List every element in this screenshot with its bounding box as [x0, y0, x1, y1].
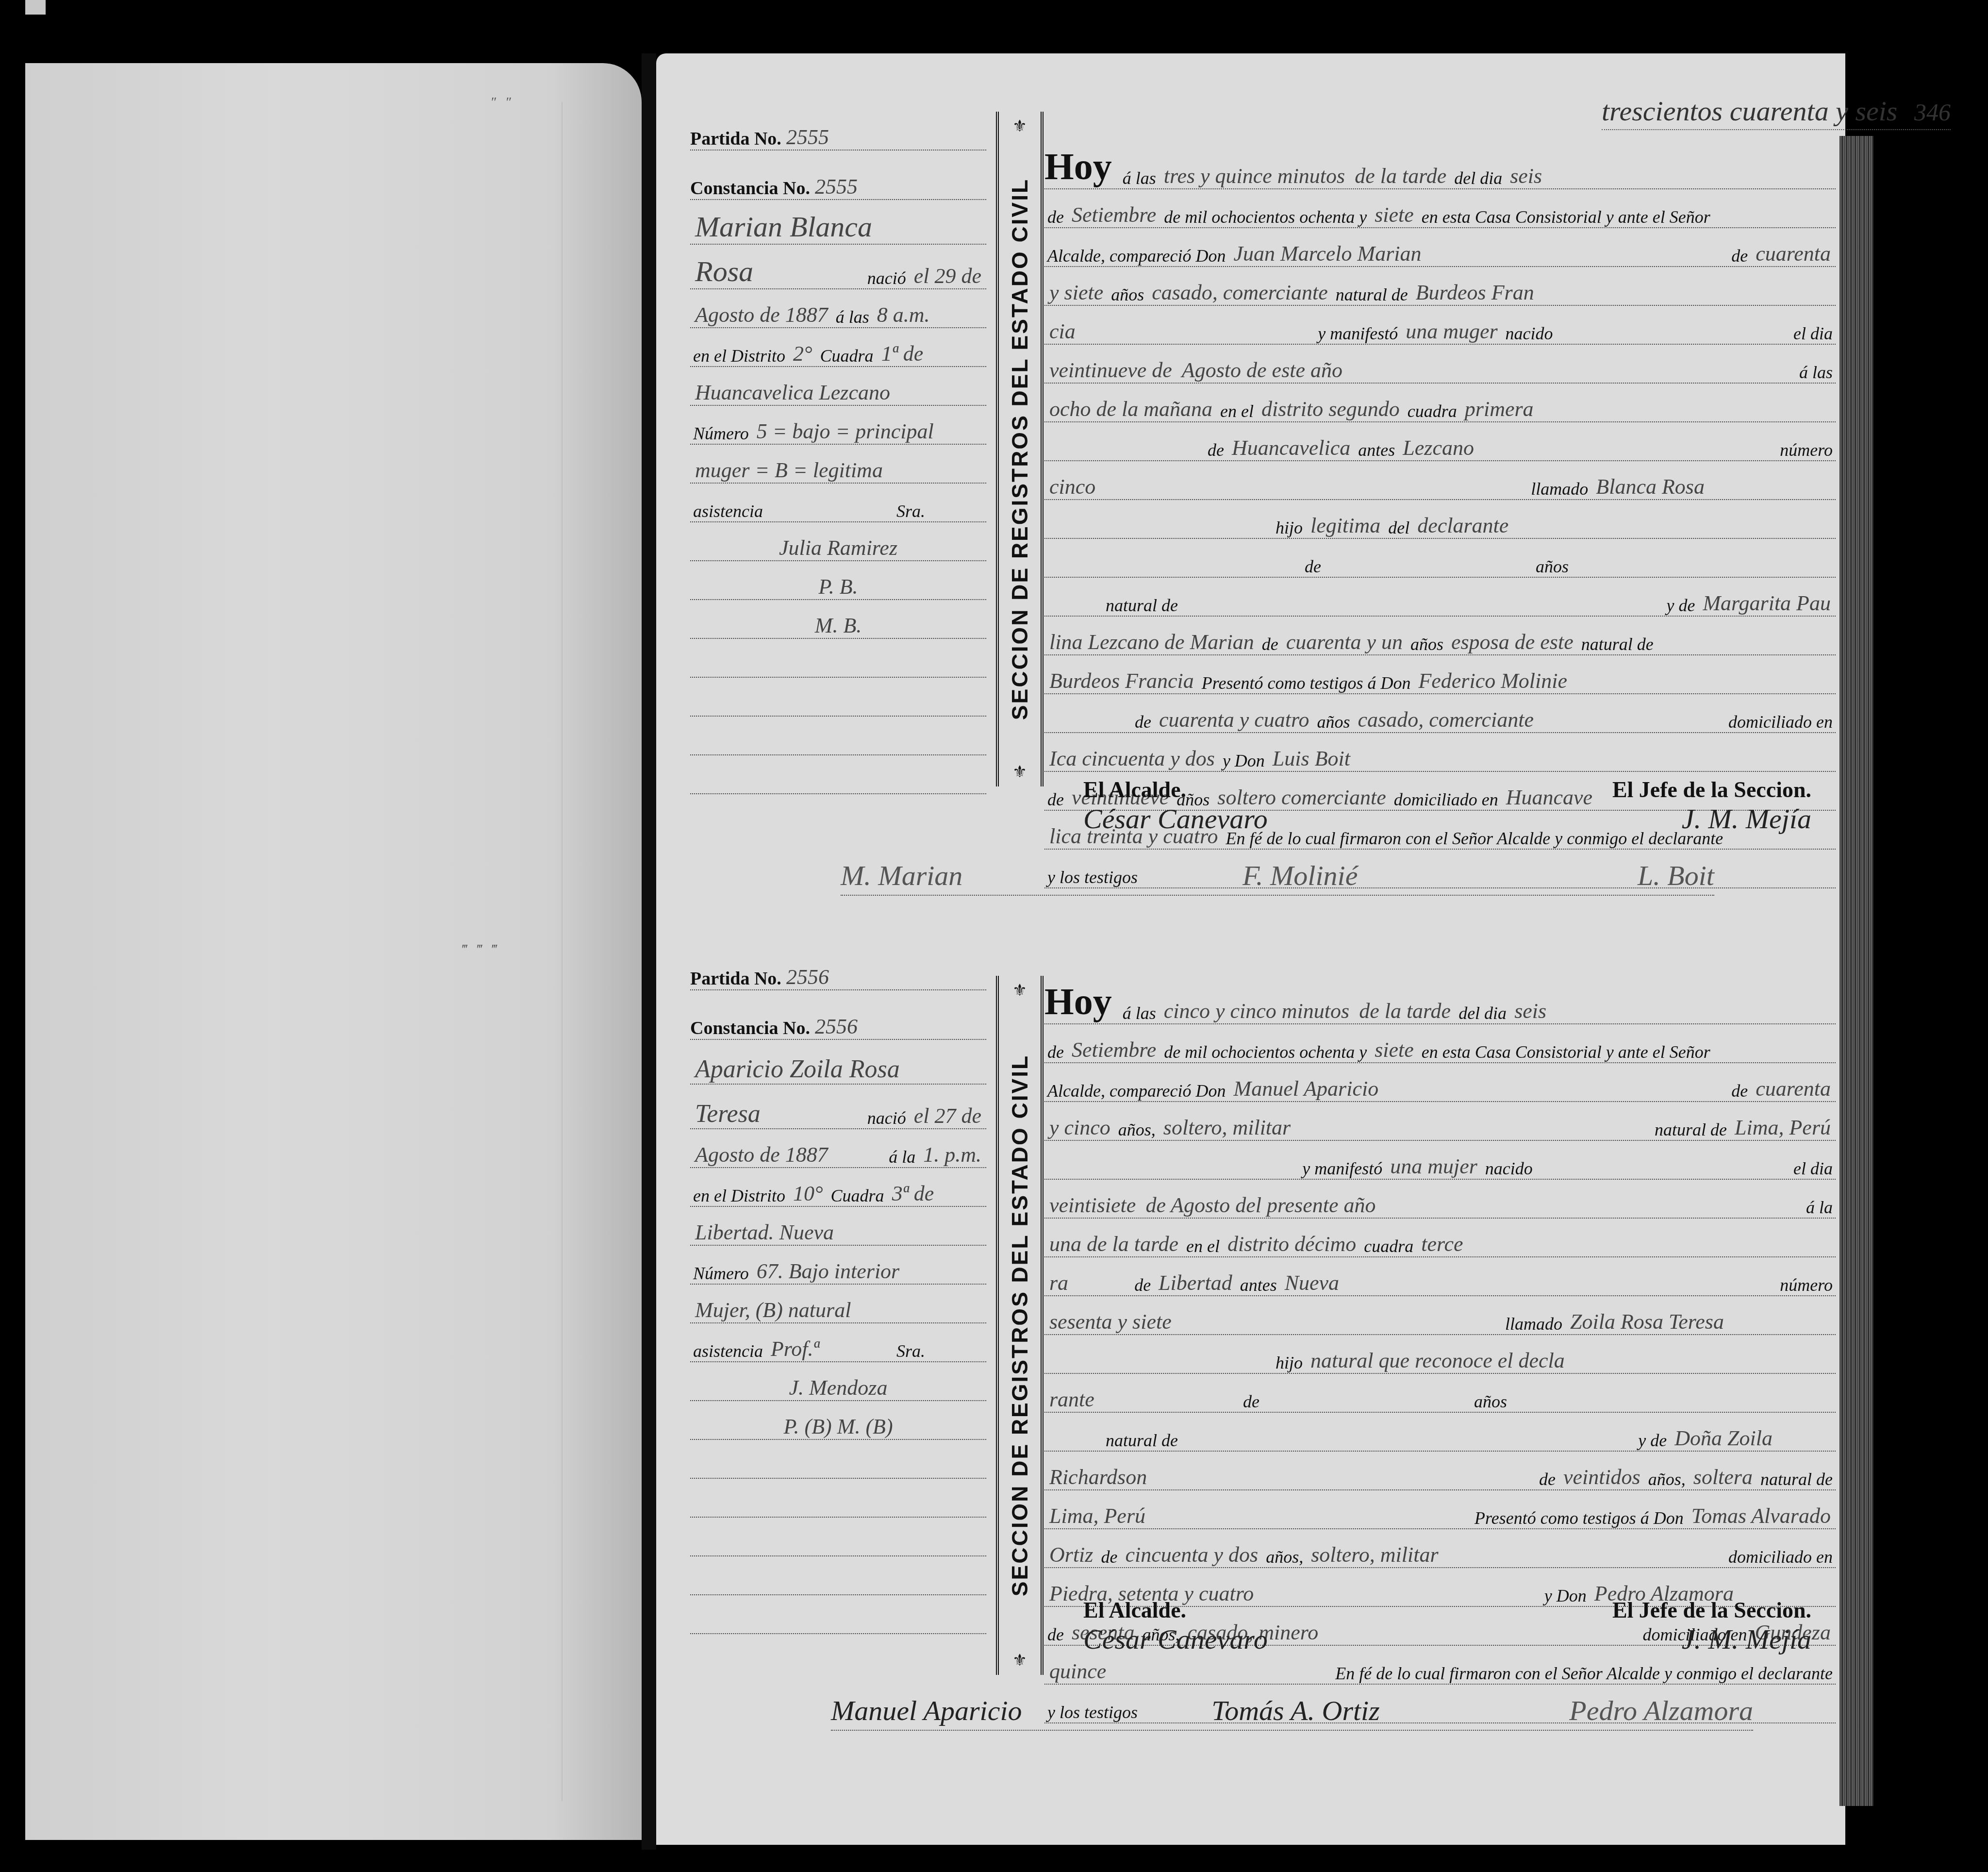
printed-text: nacido	[1503, 323, 1556, 344]
blank-line	[690, 1440, 986, 1479]
officials-row: El Alcalde. César Canevaro El Jefe de la…	[1083, 777, 1811, 835]
parties-signatures: Manuel Aparicio Tomás A. Ortiz Pedro Alz…	[831, 1694, 1753, 1731]
time-of-day: de la tarde	[1354, 999, 1456, 1023]
birth-date: Agosto de 1887	[690, 302, 833, 327]
witness-1: Tomas Alvarado	[1687, 1504, 1836, 1528]
printed-text: á las	[1120, 1003, 1159, 1023]
filiation-cont: rante	[1044, 1387, 1099, 1412]
printed-text: de	[1302, 556, 1324, 577]
signature-witness-1: F. Molinié	[1242, 859, 1358, 892]
declarant-age: cuarenta	[1751, 241, 1836, 266]
body-line-3: Alcalde, compareció Don Manuel Aparicio …	[1044, 1063, 1836, 1102]
printed-text: años	[1408, 634, 1446, 654]
body-line-7: ocho de la mañana en el distrito segundo…	[1044, 384, 1836, 422]
birth-block-cont: ra	[1044, 1270, 1073, 1295]
fleur-de-lis-icon: ⚜	[1012, 117, 1027, 136]
birth-month: de Agosto del presente año	[1141, 1193, 1380, 1218]
mother-age: cuarenta y un	[1281, 630, 1408, 654]
jefe-block: El Jefe de la Seccion. J. M. Mejía	[1612, 777, 1811, 835]
blank-line	[690, 755, 986, 794]
body-line-12: natural de y de Doña Zoila	[1044, 1413, 1836, 1452]
printed-text: años,	[1115, 1120, 1159, 1140]
midwife-line: Julia Ramirez	[690, 522, 986, 561]
asistencia-line: asistencia Prof.ª Sra.	[690, 1323, 986, 1362]
body-line-5: cia y manifestó una muger nacido el dia	[1044, 306, 1836, 345]
month-value: Setiembre	[1067, 202, 1161, 227]
body-line-13: lina Lezcano de Marian de cuarenta y un …	[1044, 617, 1836, 655]
hoy-heading: Hoy	[1044, 986, 1112, 1023]
blank-line	[690, 1595, 986, 1634]
asistencia-value: Prof.ª	[766, 1337, 824, 1361]
printed-text: de	[1098, 1547, 1120, 1567]
child-sex: una muger	[1401, 319, 1502, 344]
father: declarante	[1412, 513, 1513, 538]
body-line-2: de Setiembre de mil ochocientos ochenta …	[1044, 189, 1836, 228]
year-value: siete	[1370, 1037, 1419, 1062]
alcalde-label: El Alcalde.	[1083, 1597, 1268, 1623]
street-line: Huancavelica Lezcano	[690, 367, 986, 406]
distrito-label: en el Distrito	[690, 1186, 788, 1206]
year-value: siete	[1370, 202, 1419, 227]
printed-text: el dia	[1790, 1158, 1836, 1179]
child-sex: una mujer	[1385, 1154, 1482, 1179]
birth-date-line: Agosto de 1887 á las 8 a.m.	[690, 289, 986, 328]
sex-line: muger = B = legitima	[690, 445, 986, 484]
printed-text: llamado	[1502, 1314, 1565, 1334]
body-line-10: hijo natural que reconoce el decla	[1044, 1335, 1836, 1374]
alcalde-block: El Alcalde. César Canevaro	[1083, 1597, 1268, 1655]
sex-legitimacy: Mujer, (B) natural	[690, 1298, 856, 1322]
body-line-7: una de la tarde en el distrito décimo cu…	[1044, 1219, 1836, 1257]
printed-text: del dia	[1456, 1003, 1509, 1023]
printed-text: domiciliado en	[1725, 1547, 1836, 1567]
left-page: ″ ″ ‴ ‴ ‴	[25, 63, 642, 1840]
printed-text: natural de	[1103, 1430, 1181, 1451]
time-label: á las	[833, 307, 872, 327]
section-band-text: SECCION DE REGISTROS DEL ESTADO CIVIL	[1007, 1054, 1033, 1596]
day-value: seis	[1509, 999, 1551, 1023]
partida-number: 2555	[781, 125, 834, 150]
distrito-value: 10°	[788, 1181, 828, 1206]
body-line-6: veintisiete de Agosto del presente año á…	[1044, 1180, 1836, 1219]
body-line-6: veintinueve de Agosto de este año á las	[1044, 345, 1836, 384]
printed-text: cuadra	[1361, 1236, 1416, 1256]
street-line: Libertad. Nueva	[690, 1207, 986, 1246]
declarant-origin: Burdeos Fran	[1411, 280, 1539, 305]
printed-text: natural de	[1103, 595, 1181, 616]
declarant-name: Manuel Aparicio	[1229, 1076, 1384, 1101]
body-line-13: Richardson de veintidos años, soltera na…	[1044, 1452, 1836, 1490]
jefe-signature: J. M. Mejía	[1612, 802, 1811, 835]
child-name-part1: Marian Blanca	[690, 210, 877, 244]
partida-line: Partida No. 2555	[690, 112, 986, 150]
printed-text: natural de	[1652, 1120, 1730, 1140]
witness-1-cont: Ortiz	[1044, 1542, 1098, 1567]
alcalde-signature: César Canevaro	[1083, 802, 1268, 835]
numero-line: Número 5 = bajo = principal	[690, 406, 986, 445]
birth-hour: una de la tarde	[1044, 1232, 1183, 1256]
name-line-2: Teresa nació el 27 de	[690, 1085, 986, 1129]
printed-text: y de	[1663, 595, 1698, 616]
house-number: cinco	[1044, 474, 1100, 499]
birth-day: veintisiete	[1044, 1193, 1141, 1218]
body-line-2: de Setiembre de mil ochocientos ochenta …	[1044, 1024, 1836, 1063]
mother-name: Doña Zoila	[1670, 1426, 1777, 1451]
mother-origin: Lima, Perú	[1044, 1504, 1150, 1528]
district-line: en el Distrito 2° Cuadra 1ª de	[690, 328, 986, 367]
printed-text: natural de	[1757, 1469, 1836, 1489]
note-line-1: P. (B) M. (B)	[690, 1401, 986, 1440]
jefe-signature: J. M. Mejía	[1612, 1623, 1811, 1655]
printed-text: el dia	[1790, 323, 1836, 344]
constancia-label: Constancia No.	[690, 178, 810, 199]
witness-1-age: cincuenta y dos	[1120, 1542, 1263, 1567]
declarant-status: soltero, militar	[1159, 1115, 1295, 1140]
printed-text: de	[1728, 1081, 1751, 1101]
section-band-text: SECCION DE REGISTROS DEL ESTADO CIVIL	[1007, 178, 1033, 720]
midwife-line: J. Mendoza	[690, 1362, 986, 1401]
cuadra-value: 1ª de	[877, 341, 928, 366]
former-street: Nueva	[1280, 1270, 1344, 1295]
body-line-15: de cuarenta y cuatro años casado, comerc…	[1044, 694, 1836, 733]
printed-text: en esta Casa Consistorial y ante el Seño…	[1419, 207, 1713, 227]
numero-label: Número	[690, 1263, 752, 1284]
mother-name-cont: lina Lezcano de Marian	[1044, 630, 1259, 654]
printed-text: antes	[1355, 440, 1398, 460]
printed-text: en el	[1183, 1236, 1223, 1256]
filiation: legitima	[1306, 513, 1385, 538]
printed-text: años	[1471, 1391, 1510, 1412]
constancia-label: Constancia No.	[690, 1018, 810, 1039]
body-line-11: rante de años	[1044, 1374, 1836, 1413]
body-line-3: Alcalde, compareció Don Juan Marcelo Mar…	[1044, 228, 1836, 267]
birth-month: Agosto de este año	[1177, 358, 1347, 383]
hour-value: tres y quince minutos	[1159, 164, 1350, 188]
body-line-15: Ortiz de cincuenta y dos años, soltero, …	[1044, 1529, 1836, 1568]
printed-text: de mil ochocientos ochenta y	[1161, 1042, 1370, 1062]
blank-line	[690, 639, 986, 678]
month-value: Setiembre	[1067, 1037, 1161, 1062]
margin-rule	[562, 102, 563, 1801]
signature-declarant: Manuel Aparicio	[831, 1694, 1022, 1727]
cuadra-label: Cuadra	[817, 346, 877, 366]
record-summary: Partida No. 2556 Constancia No. 2556 Apa…	[690, 952, 986, 1634]
birth-district: distrito décimo	[1223, 1232, 1361, 1256]
mother-name-cont: Richardson	[1044, 1465, 1152, 1489]
scan-corner-tab	[25, 0, 46, 15]
printed-text: de	[1131, 1275, 1154, 1295]
parties-signatures: M. Marian F. Molinié L. Boit	[841, 859, 1714, 896]
printed-text: y de	[1635, 1430, 1670, 1451]
numero-line: Número 67. Bajo interior	[690, 1246, 986, 1285]
note-1: P. B.	[813, 574, 862, 599]
declarant-age-cont: y siete	[1044, 280, 1108, 305]
jefe-label: El Jefe de la Seccion.	[1612, 777, 1811, 802]
printed-text: de	[1259, 634, 1281, 654]
child-name-part2: Teresa	[690, 1100, 765, 1128]
printed-text: Alcalde, compareció Don	[1044, 1081, 1229, 1101]
printed-text: de	[1728, 246, 1751, 266]
printed-text: del dia	[1451, 168, 1505, 188]
numero-value: 5 = bajo = principal	[752, 419, 939, 444]
asistencia-label: asistencia	[690, 501, 766, 521]
birth-district: distrito segundo	[1257, 397, 1405, 421]
birth-time: 1. p.m.	[918, 1142, 986, 1167]
witness-2-address-cont: quince	[1044, 1659, 1111, 1684]
birth-day: veintinueve de	[1044, 358, 1177, 383]
alcalde-block: El Alcalde. César Canevaro	[1083, 777, 1268, 835]
former-street: Lezcano	[1398, 435, 1479, 460]
printed-text: Alcalde, compareció Don	[1044, 246, 1229, 266]
section-band: ⚜ SECCION DE REGISTROS DEL ESTADO CIVIL …	[996, 976, 1044, 1675]
child-name-part1: Aparicio Zoila Rosa	[690, 1055, 905, 1084]
alcalde-signature: César Canevaro	[1083, 1623, 1268, 1655]
printed-text: años	[1108, 284, 1147, 305]
body-line-9: sesenta y siete llamado Zoila Rosa Teres…	[1044, 1296, 1836, 1335]
signature-witness-1: Tomás A. Ortiz	[1211, 1694, 1380, 1727]
record-summary: Partida No. 2555 Constancia No. 2555 Mar…	[690, 112, 986, 794]
numero-value: 67. Bajo interior	[752, 1259, 905, 1284]
partida-label: Partida No.	[690, 968, 781, 989]
birth-record-2556: Partida No. 2556 Constancia No. 2556 Apa…	[656, 952, 1840, 1796]
note-line-2: M. B.	[690, 600, 986, 639]
hoy-heading: Hoy	[1044, 150, 1112, 188]
printed-text: á las	[1120, 168, 1159, 188]
officials-row: El Alcalde. César Canevaro El Jefe de la…	[1083, 1597, 1811, 1655]
declarant-age-cont: y cinco	[1044, 1115, 1115, 1140]
folio-digits: 346	[1914, 99, 1951, 126]
jefe-block: El Jefe de la Seccion. J. M. Mejía	[1612, 1597, 1811, 1655]
body-line-14: Lima, Perú Presentó como testigos á Don …	[1044, 1490, 1836, 1529]
printed-text: cuadra	[1405, 401, 1460, 421]
signature-witness-2: L. Boit	[1638, 859, 1714, 892]
printed-text: y manifestó	[1315, 323, 1401, 344]
printed-text: y manifestó	[1299, 1158, 1385, 1179]
printed-text: de mil ochocientos ochenta y	[1161, 207, 1370, 227]
blank-line	[690, 678, 986, 717]
ink-marks-top: ″ ″	[491, 95, 514, 110]
printed-text: En fé de lo cual firmaron con el Señor A…	[1332, 1663, 1836, 1684]
cuadra-value: 3ª de	[887, 1181, 939, 1206]
district-line: en el Distrito 10° Cuadra 3ª de	[690, 1168, 986, 1207]
printed-text: natural de	[1578, 634, 1657, 654]
sex-line: Mujer, (B) natural	[690, 1285, 986, 1323]
ink-marks-middle: ‴ ‴ ‴	[462, 942, 500, 957]
printed-text: del	[1385, 518, 1412, 538]
witness-1: Federico Molinie	[1413, 669, 1572, 693]
printed-text: de	[1044, 789, 1067, 810]
body-line-4: y cinco años, soltero, militar natural d…	[1044, 1102, 1836, 1141]
printed-text: y Don	[1220, 751, 1268, 771]
birth-date-line: Agosto de 1887 á la 1. p.m.	[690, 1129, 986, 1168]
printed-text: de	[1044, 207, 1067, 227]
printed-text: número	[1777, 440, 1836, 460]
printed-text: antes	[1237, 1275, 1280, 1295]
printed-text: nacido	[1482, 1158, 1536, 1179]
sra-label: Sra.	[894, 501, 928, 521]
printed-text: de	[1132, 712, 1154, 732]
printed-text: de	[1536, 1469, 1558, 1489]
body-line-1: Hoy á las tres y quince minutos de la ta…	[1044, 150, 1836, 189]
printed-text: de	[1044, 1624, 1067, 1645]
numero-label: Número	[690, 423, 752, 444]
day-value: seis	[1505, 164, 1547, 188]
printed-text: natural de	[1333, 284, 1411, 305]
sex-legitimacy: muger = B = legitima	[690, 458, 888, 483]
birth-date: Agosto de 1887	[690, 1142, 833, 1167]
birth-block: primera	[1460, 397, 1539, 421]
body-line-4: y siete años casado, comerciante natural…	[1044, 267, 1836, 306]
birth-street: Huancavelica	[1227, 435, 1355, 460]
mother-status: esposa de este	[1446, 630, 1578, 654]
printed-text: años,	[1645, 1469, 1689, 1489]
note-line-1: P. B.	[690, 561, 986, 600]
mother-origin: Burdeos Francia	[1044, 669, 1199, 693]
name-line-2: Rosa nació el 29 de	[690, 245, 986, 289]
signature-declarant: M. Marian	[841, 859, 962, 892]
printed-text: Presentó como testigos á Don	[1472, 1508, 1687, 1528]
printed-text: hijo	[1273, 1353, 1306, 1373]
body-line-5: y manifestó una mujer nacido el dia	[1044, 1141, 1836, 1180]
midwife-name: J. Mendoza	[784, 1375, 893, 1400]
constancia-number: 2556	[810, 1014, 862, 1039]
distrito-label: en el Distrito	[690, 346, 788, 366]
partida-number: 2556	[781, 965, 834, 989]
printed-text: á las	[1796, 362, 1836, 383]
blank-line	[690, 1556, 986, 1595]
house-number: sesenta y siete	[1044, 1309, 1176, 1334]
nacio-label: nació	[864, 1108, 909, 1128]
printed-text: llamado	[1528, 479, 1591, 499]
declarant-age: cuarenta	[1751, 1076, 1836, 1101]
signature-witness-2: Pedro Alzamora	[1569, 1694, 1753, 1727]
cuadra-label: Cuadra	[828, 1186, 887, 1206]
declarant-origin-cont: cia	[1044, 319, 1080, 344]
printed-text: años	[1533, 556, 1572, 577]
printed-text: años	[1314, 712, 1353, 732]
body-line-8: ra de Libertad antes Nueva número	[1044, 1257, 1836, 1296]
birth-time: 8 a.m.	[872, 302, 935, 327]
blank-line	[690, 1479, 986, 1518]
time-label: á la	[886, 1147, 918, 1167]
child-name: Zoila Rosa Teresa	[1565, 1309, 1729, 1334]
note-1: P. (B) M. (B)	[779, 1414, 897, 1439]
alcalde-label: El Alcalde.	[1083, 777, 1268, 802]
mother-name: Margarita Pau	[1698, 591, 1836, 616]
printed-text: años,	[1263, 1547, 1306, 1567]
filiation: natural que reconoce el decla	[1306, 1348, 1570, 1373]
nacio-label: nació	[864, 268, 909, 288]
witness-1-status: soltero, militar	[1306, 1542, 1443, 1567]
printed-text: hijo	[1273, 518, 1306, 538]
body-line-1: Hoy á las cinco y cinco minutos de la ta…	[1044, 986, 1836, 1024]
constancia-number: 2555	[810, 174, 862, 199]
body-line-8: de Huancavelica antes Lezcano número	[1044, 422, 1836, 461]
page-edges	[1839, 136, 1873, 1806]
mother-status: soltera	[1689, 1465, 1757, 1489]
printed-text: á la	[1803, 1197, 1836, 1218]
witness-1-address: Ica cincuenta y dos	[1044, 746, 1220, 771]
printed-text: de	[1205, 440, 1227, 460]
partida-line: Partida No. 2556	[690, 952, 986, 990]
body-line-12: natural de y de Margarita Pau	[1044, 578, 1836, 617]
fleur-de-lis-icon: ⚜	[1012, 981, 1027, 1000]
time-of-day: de la tarde	[1350, 164, 1451, 188]
child-name: Blanca Rosa	[1591, 474, 1709, 499]
witness-1-status: casado, comerciante	[1353, 707, 1539, 732]
body-line-11: de años	[1044, 539, 1836, 578]
book-gutter	[642, 53, 656, 1850]
printed-text: de	[1044, 1042, 1067, 1062]
blank-line	[690, 1518, 986, 1556]
nacio-value: el 29 de	[909, 264, 986, 288]
printed-text: de	[1240, 1391, 1262, 1412]
declarant-name: Juan Marcelo Marian	[1229, 241, 1426, 266]
body-line-10: hijo legitima del declarante	[1044, 500, 1836, 539]
declarant-status: casado, comerciante	[1147, 280, 1332, 305]
name-line-1: Aparicio Zoila Rosa	[690, 1040, 986, 1085]
printed-text: número	[1777, 1275, 1836, 1295]
printed-text: domiciliado en	[1725, 712, 1836, 732]
asistencia-label: asistencia	[690, 1341, 766, 1361]
birth-street: Libertad	[1154, 1270, 1237, 1295]
witness-2: Luis Boit	[1268, 746, 1355, 771]
body-line-16: Ica cincuenta y dos y Don Luis Boit	[1044, 733, 1836, 772]
child-name-part2: Rosa	[690, 255, 758, 288]
witness-1-age: cuarenta y cuatro	[1154, 707, 1314, 732]
printed-text: en el	[1217, 401, 1257, 421]
name-line-1: Marian Blanca	[690, 200, 986, 245]
hour-value: cinco y cinco minutos	[1159, 999, 1354, 1023]
sra-label: Sra.	[894, 1341, 928, 1361]
nacio-value: el 27 de	[909, 1103, 986, 1128]
body-line-9: cinco llamado Blanca Rosa	[1044, 461, 1836, 500]
declarant-origin: Lima, Perú	[1730, 1115, 1836, 1140]
blank-line	[690, 717, 986, 755]
note-2: M. B.	[810, 613, 867, 638]
birth-record-2555: Partida No. 2555 Constancia No. 2555 Mar…	[656, 112, 1840, 908]
printed-text: en esta Casa Consistorial y ante el Seño…	[1419, 1042, 1713, 1062]
distrito-value: 2°	[788, 341, 817, 366]
constancia-line: Constancia No. 2555	[690, 150, 986, 200]
constancia-line: Constancia No. 2556	[690, 990, 986, 1040]
midwife-name: Julia Ramirez	[774, 535, 902, 560]
street-value: Huancavelica Lezcano	[690, 380, 895, 405]
printed-text: Presentó como testigos á Don	[1199, 673, 1414, 693]
street-value: Libertad. Nueva	[690, 1220, 839, 1245]
asistencia-line: asistencia Sra.	[690, 484, 986, 522]
partida-label: Partida No.	[690, 128, 781, 150]
fleur-de-lis-icon: ⚜	[1012, 1651, 1027, 1670]
mother-age: veintidos	[1558, 1465, 1645, 1489]
birth-block: terce	[1416, 1232, 1468, 1256]
section-band: ⚜ SECCION DE REGISTROS DEL ESTADO CIVIL …	[996, 112, 1044, 786]
fleur-de-lis-icon: ⚜	[1012, 762, 1027, 782]
body-line-14: Burdeos Francia Presentó como testigos á…	[1044, 655, 1836, 694]
jefe-label: El Jefe de la Seccion.	[1612, 1597, 1811, 1623]
birth-hour: ocho de la mañana	[1044, 397, 1217, 421]
